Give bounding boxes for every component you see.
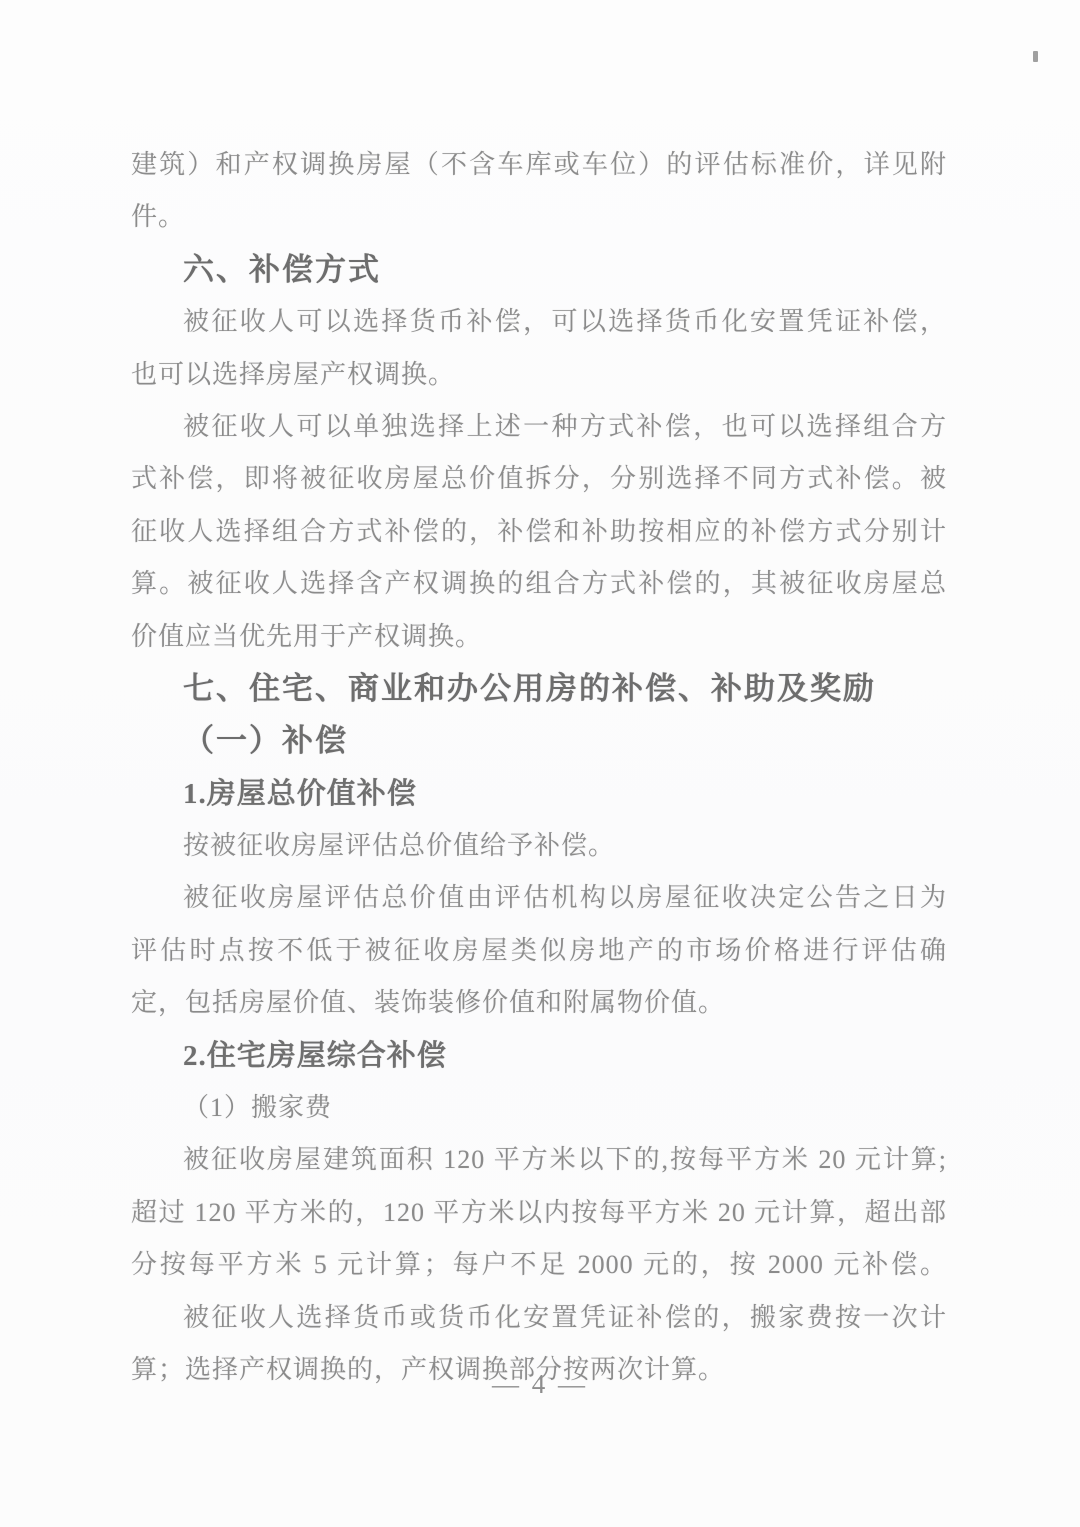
body-text-line: 式补偿，即将被征收房屋总价值拆分，分别选择不同方式补偿。被 [131,453,947,505]
body-text-line: 也可以选择房屋产权调换。 [131,349,947,401]
body-text-line: 超过 120 平方米的，120 平方米以内按每平方米 20 元计算，超出部 [131,1187,947,1239]
body-text-line: 算。被征收人选择含产权调换的组合方式补偿的，其被征收房屋总 [131,558,947,610]
numbered-heading: 2.住宅房屋综合补偿 [131,1030,947,1082]
body-text-line: 被征收人选择货币或货币化安置凭证补偿的，搬家费按一次计 [131,1292,947,1344]
document-body: 建筑）和产权调换房屋（不含车库或车位）的评估标准价，详见附件。六、补偿方式被征收… [131,139,947,1396]
body-text-line: 按被征收房屋评估总价值给予补偿。 [131,820,947,872]
body-text-line: 分按每平方米 5 元计算；每户不足 2000 元的，按 2000 元补偿。 [131,1239,947,1291]
numbered-heading: 1.房屋总价值补偿 [131,768,947,820]
body-text-line: 价值应当优先用于产权调换。 [131,611,947,663]
body-text-line: 件。 [131,191,947,243]
page-footer: — 4 — [0,1369,1080,1400]
scanned-document-page: 建筑）和产权调换房屋（不含车库或车位）的评估标准价，详见附件。六、补偿方式被征收… [0,0,1080,1527]
scan-speck-artifact [1033,51,1038,62]
body-text-line: 征收人选择组合方式补偿的，补偿和补助按相应的补偿方式分别计 [131,506,947,558]
body-text-line: 被征收人可以选择货币补偿，可以选择货币化安置凭证补偿， [131,296,947,348]
page-number: — 4 — [492,1369,588,1399]
body-text-line: 定，包括房屋价值、装饰装修价值和附属物价值。 [131,977,947,1029]
body-text-line: 被征收房屋建筑面积 120 平方米以下的,按每平方米 20 元计算; [131,1134,947,1186]
body-text-line: （1）搬家费 [131,1082,947,1134]
section-heading: 七、住宅、商业和办公用房的补偿、补助及奖励 [131,663,947,715]
body-text-line: 建筑）和产权调换房屋（不含车库或车位）的评估标准价，详见附 [131,139,947,191]
section-heading: 六、补偿方式 [131,244,947,296]
body-text-line: 评估时点按不低于被征收房屋类似房地产的市场价格进行评估确 [131,925,947,977]
section-heading: （一）补偿 [131,715,947,767]
body-text-line: 被征收房屋评估总价值由评估机构以房屋征收决定公告之日为 [131,872,947,924]
body-text-line: 被征收人可以单独选择上述一种方式补偿，也可以选择组合方 [131,401,947,453]
